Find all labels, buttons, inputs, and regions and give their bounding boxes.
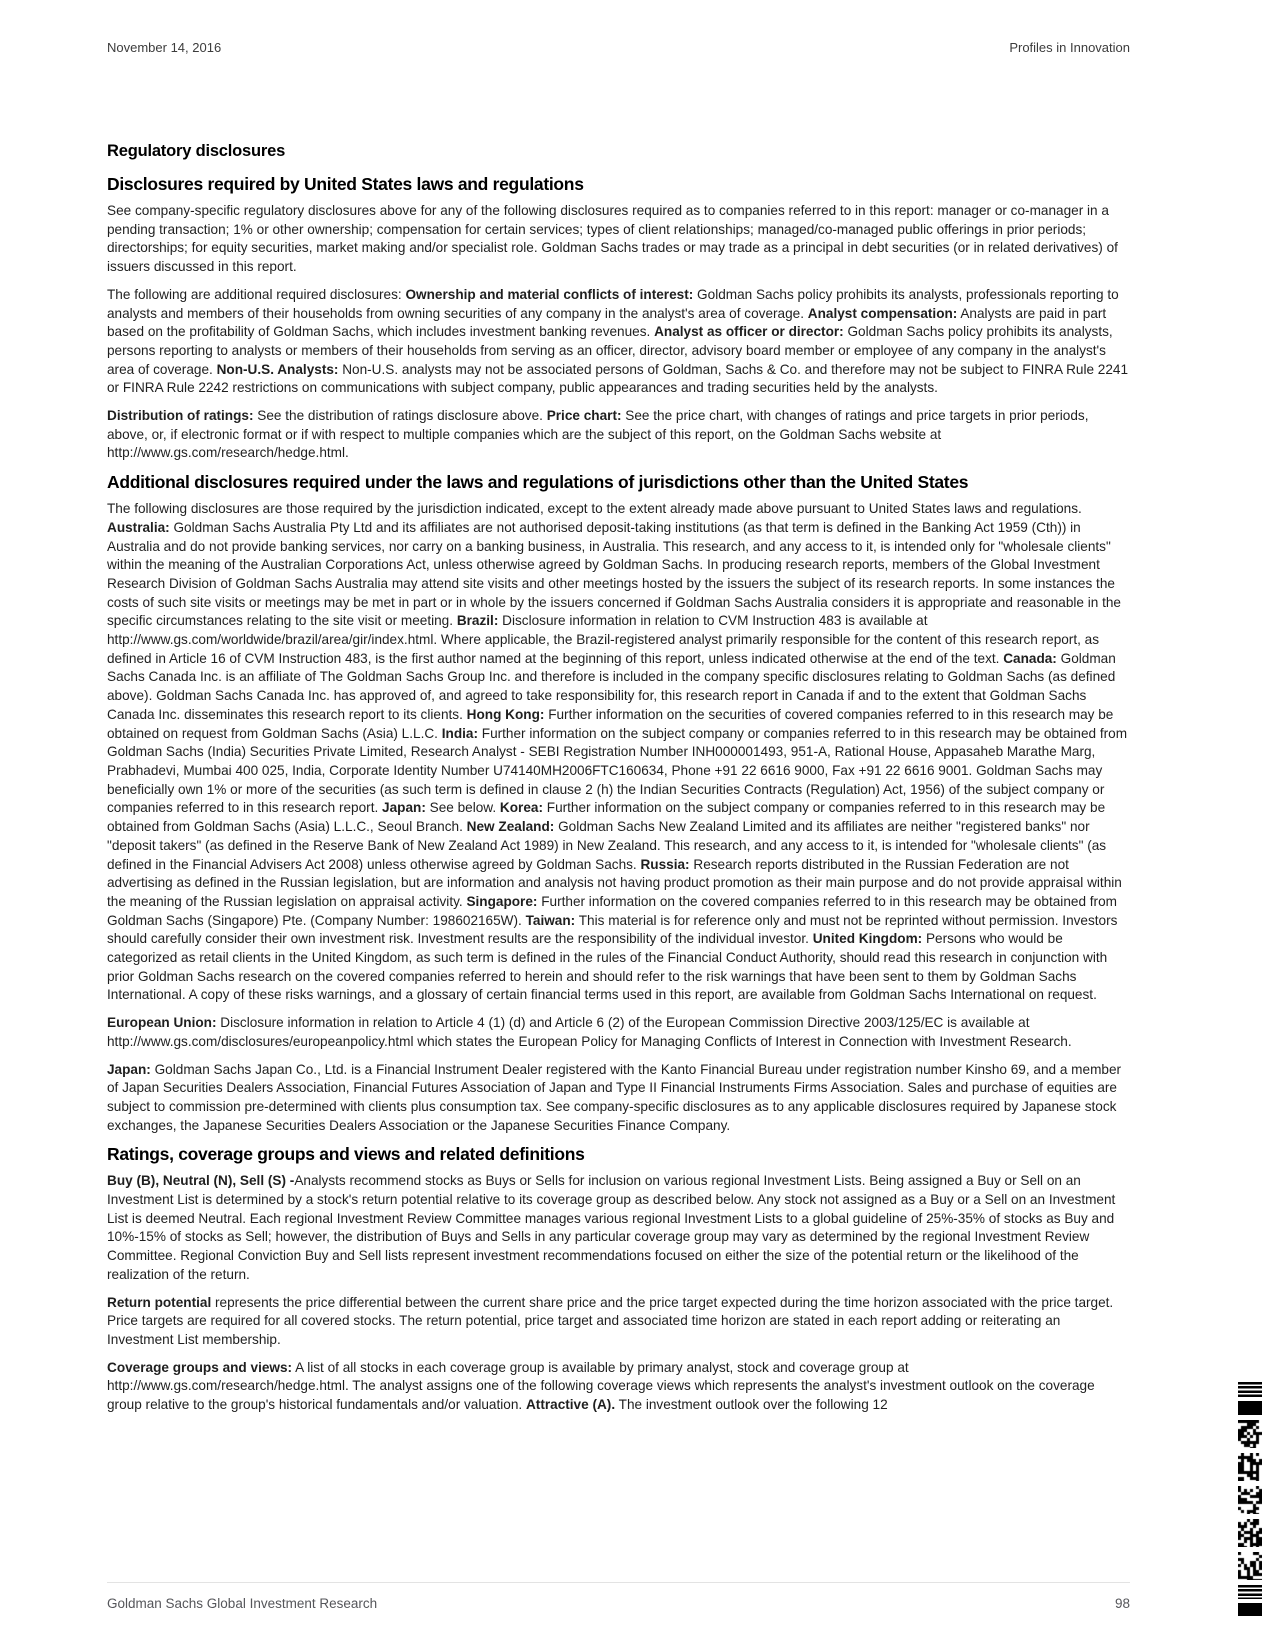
page-title: Regulatory disclosures <box>107 142 1130 161</box>
section-heading-ratings-definitions: Ratings, coverage groups and views and r… <box>107 1144 1130 1165</box>
footer-divider <box>107 1582 1130 1583</box>
barcode-stripes-icon <box>1238 1585 1262 1599</box>
document-body: Regulatory disclosures Disclosures requi… <box>107 142 1130 1424</box>
barcode-solid-block <box>1238 1401 1262 1415</box>
paragraph-jurisdiction-disclosures: The following disclosures are those requ… <box>107 500 1130 1005</box>
paragraph-japan: Japan: Goldman Sachs Japan Co., Ltd. is … <box>107 1061 1130 1136</box>
barcode-solid-block <box>1238 1603 1262 1616</box>
paragraph-additional-required-disclosures: The following are additional required di… <box>107 286 1130 398</box>
footer-page-number: 98 <box>1115 1596 1130 1611</box>
paragraph-buy-neutral-sell: Buy (B), Neutral (N), Sell (S) -Analysts… <box>107 1172 1130 1284</box>
page-footer: Goldman Sachs Global Investment Research… <box>107 1596 1130 1611</box>
paragraph-european-union: European Union: Disclosure information i… <box>107 1014 1130 1051</box>
footer-source: Goldman Sachs Global Investment Research <box>107 1596 377 1611</box>
barcode-matrix-icon <box>1238 1552 1262 1580</box>
barcode-matrix-icon <box>1238 1519 1262 1547</box>
barcode <box>1238 1382 1262 1616</box>
paragraph-distribution-of-ratings: Distribution of ratings: See the distrib… <box>107 407 1130 463</box>
paragraph-coverage-groups: Coverage groups and views: A list of all… <box>107 1359 1130 1415</box>
barcode-matrix-icon <box>1238 1453 1262 1481</box>
paragraph-return-potential: Return potential represents the price di… <box>107 1294 1130 1350</box>
section-heading-other-jurisdictions: Additional disclosures required under th… <box>107 472 1130 493</box>
barcode-matrix-icon <box>1238 1486 1262 1514</box>
barcode-stripes-icon <box>1238 1382 1262 1397</box>
document-page: November 14, 2016 Profiles in Innovation… <box>0 0 1275 1650</box>
header-date: November 14, 2016 <box>107 40 221 55</box>
header-report-title: Profiles in Innovation <box>1009 40 1130 55</box>
barcode-matrix-icon <box>1238 1420 1262 1448</box>
paragraph-us-disclosures-intro: See company-specific regulatory disclosu… <box>107 202 1130 277</box>
page-header: November 14, 2016 Profiles in Innovation <box>107 40 1130 55</box>
section-heading-us-disclosures: Disclosures required by United States la… <box>107 174 1130 195</box>
